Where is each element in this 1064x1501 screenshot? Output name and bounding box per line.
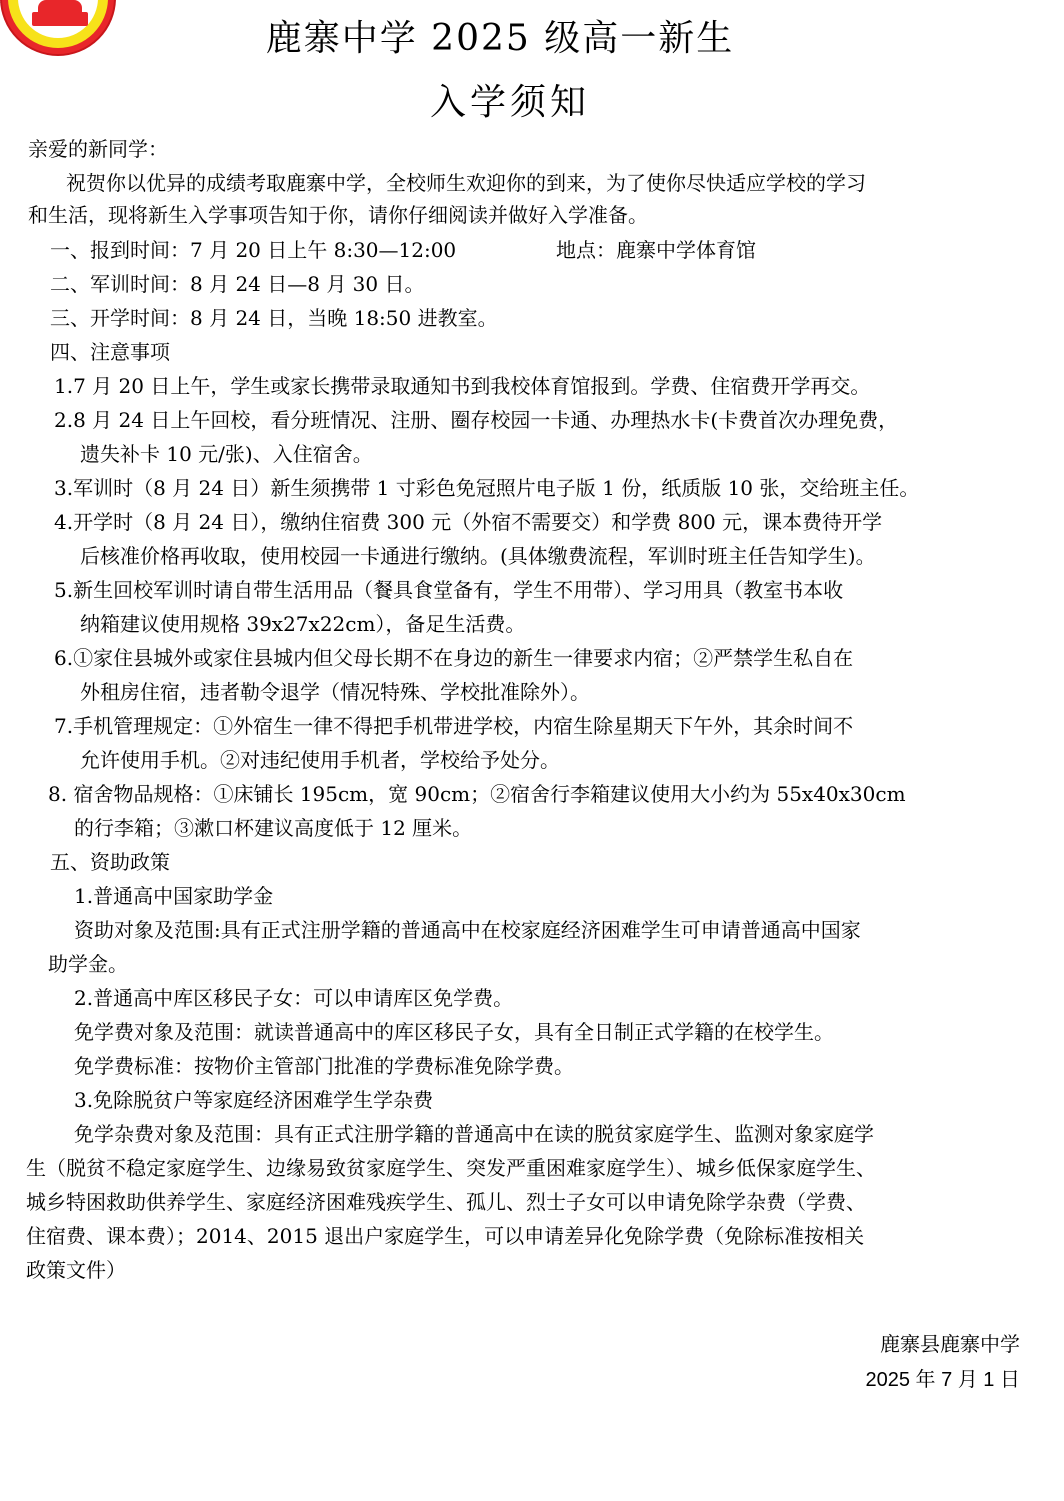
aid-item-1-body-line-1: 资助对象及范围:具有正式注册学籍的普通高中在校家庭经济困难学生可申请普通高中国家 <box>74 913 861 947</box>
aid-item-2-title: 2.普通高中库区移民子女：可以申请库区免学费。 <box>74 981 513 1015</box>
note-5-line-1: 5.新生回校军训时请自带生活用品（餐具食堂备有，学生不用带）、学习用具（教室书本… <box>54 573 843 607</box>
note-4-line-2: 后核准价格再收取，使用校园一卡通进行缴纳。(具体缴费流程，军训时班主任告知学生)… <box>80 539 876 573</box>
aid-item-1-title: 1.普通高中国家助学金 <box>74 879 273 913</box>
note-7-line-1: 7.手机管理规定：①外宿生一律不得把手机带进学校，内宿生除星期天下午外，其余时间… <box>54 709 853 743</box>
note-3: 3.军训时（8 月 24 日）新生须携带 1 寸彩色免冠照片电子版 1 份，纸质… <box>54 471 919 505</box>
note-2-line-1: 2.8 月 24 日上午回校，看分班情况、注册、圈存校园一卡通、办理热水卡(卡费… <box>54 403 898 437</box>
note-8-line-2: 的行李箱；③漱口杯建议高度低于 12 厘米。 <box>74 811 472 845</box>
section-registration-location: 地点：鹿寨中学体育馆 <box>556 233 756 267</box>
note-7-line-2: 允许使用手机。②对违纪使用手机者，学校给予处分。 <box>80 743 560 777</box>
greeting: 亲爱的新同学： <box>28 132 168 166</box>
note-6-line-2: 外租房住宿，违者勒令退学（情况特殊、学校批准除外）。 <box>80 675 590 709</box>
document-title: 鹿寨中学 2025 级高一新生 <box>0 10 1000 61</box>
intro-line-2: 和生活，现将新生入学事项告知于你，请你仔细阅读并做好入学准备。 <box>28 198 648 232</box>
note-5-line-2: 纳箱建议使用规格 39x27x22cm），备足生活费。 <box>80 607 525 641</box>
aid-item-2-scope: 免学费对象及范围：就读普通高中的库区移民子女，具有全日制正式学籍的在校学生。 <box>74 1015 834 1049</box>
aid-item-2-standard: 免学费标准：按物价主管部门批准的学费标准免除学费。 <box>74 1049 574 1083</box>
note-8-line-1: 8. 宿舍物品规格：①床铺长 195cm，宽 90cm；②宿舍行李箱建议使用大小… <box>48 777 906 811</box>
section-notes-heading: 四、注意事项 <box>50 335 170 369</box>
section-military-training: 二、军训时间：8 月 24 日—8 月 30 日。 <box>50 267 425 301</box>
section-registration-time: 一、报到时间：7 月 20 日上午 8:30—12:00 <box>50 233 456 267</box>
section-aid-heading: 五、资助政策 <box>50 845 170 879</box>
note-6-line-1: 6.①家住县城外或家住县城内但父母长期不在身边的新生一律要求内宿；②严禁学生私自… <box>54 641 853 675</box>
aid-item-3-body-line-2: 生（脱贫不稳定家庭学生、边缘易致贫家庭学生、突发严重困难家庭学生）、城乡低保家庭… <box>26 1151 876 1185</box>
section-school-start: 三、开学时间：8 月 24 日，当晚 18:50 进教室。 <box>50 301 498 335</box>
aid-item-3-body-line-1: 免学杂费对象及范围：具有正式注册学籍的普通高中在读的脱贫家庭学生、监测对象家庭学 <box>74 1117 874 1151</box>
signature-organization: 鹿寨县鹿寨中学 <box>880 1328 1020 1357</box>
document-subtitle: 入学须知 <box>0 74 1020 125</box>
note-1: 1.7 月 20 日上午，学生或家长携带录取通知书到我校体育馆报到。学费、住宿费… <box>54 369 870 403</box>
note-4-line-1: 4.开学时（8 月 24 日），缴纳住宿费 300 元（外宿不需要交）和学费 8… <box>54 505 882 539</box>
signature-date: 2025 年 7 月 1 日 <box>865 1363 1020 1392</box>
aid-item-3-body-line-5: 政策文件） <box>26 1253 126 1287</box>
aid-item-1-body-line-2: 助学金。 <box>48 947 128 981</box>
aid-item-3-title: 3.免除脱贫户等家庭经济困难学生学杂费 <box>74 1083 433 1117</box>
note-2-line-2: 遗失补卡 10 元/张)、入住宿舍。 <box>80 437 373 471</box>
intro-line-1: 祝贺你以优异的成绩考取鹿寨中学，全校师生欢迎你的到来，为了使你尽快适应学校的学习 <box>66 166 866 200</box>
aid-item-3-body-line-4: 住宿费、课本费）；2014、2015 退出户家庭学生，可以申请差异化免除学费（免… <box>26 1219 864 1253</box>
aid-item-3-body-line-3: 城乡特困救助供养学生、家庭经济困难残疾学生、孤儿、烈士子女可以申请免除学杂费（学… <box>26 1185 866 1219</box>
